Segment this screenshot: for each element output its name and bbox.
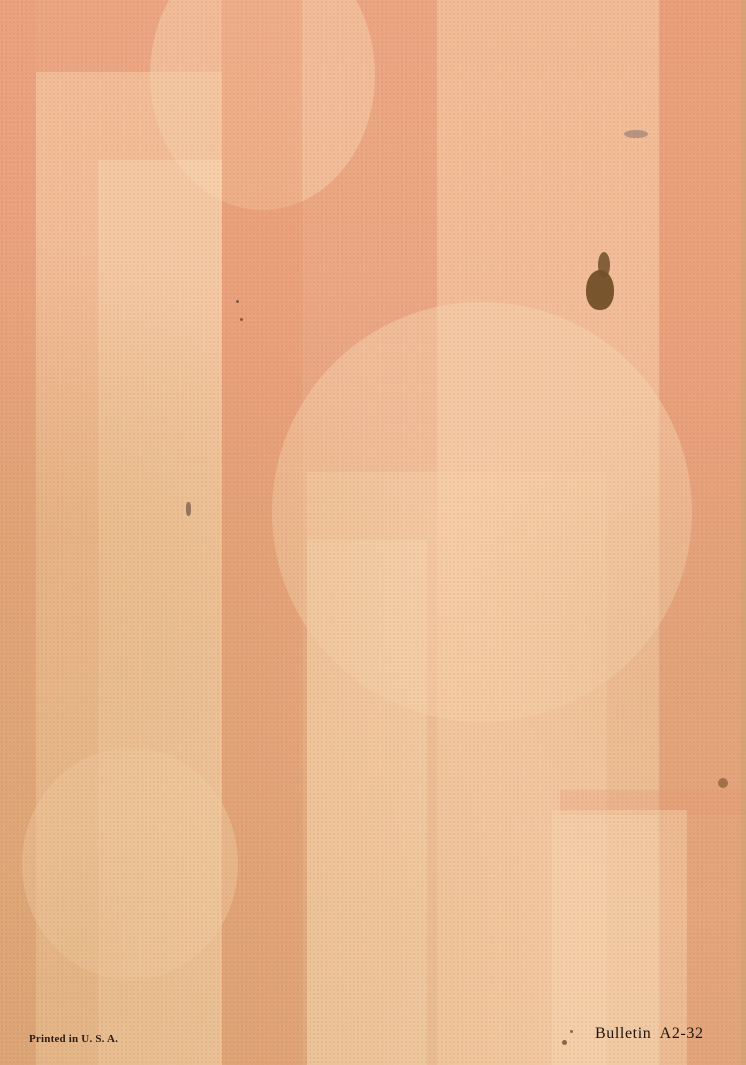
pattern-circle-bottom-left xyxy=(22,748,238,980)
ink-stain xyxy=(586,252,616,310)
document-page: Printed in U. S. A. Bulletin A2-32 xyxy=(0,0,746,1065)
speck xyxy=(570,1030,573,1033)
speck xyxy=(562,1040,567,1045)
printed-in-label: Printed in U. S. A. xyxy=(29,1033,118,1045)
worn-edge xyxy=(738,0,746,1065)
speck xyxy=(240,318,243,321)
pattern-panel-center-inner xyxy=(307,540,427,1065)
smudge-mark xyxy=(624,130,648,138)
speck xyxy=(236,300,239,303)
speck xyxy=(186,502,191,516)
speck xyxy=(718,778,728,788)
bulletin-number: Bulletin A2-32 xyxy=(595,1025,704,1043)
